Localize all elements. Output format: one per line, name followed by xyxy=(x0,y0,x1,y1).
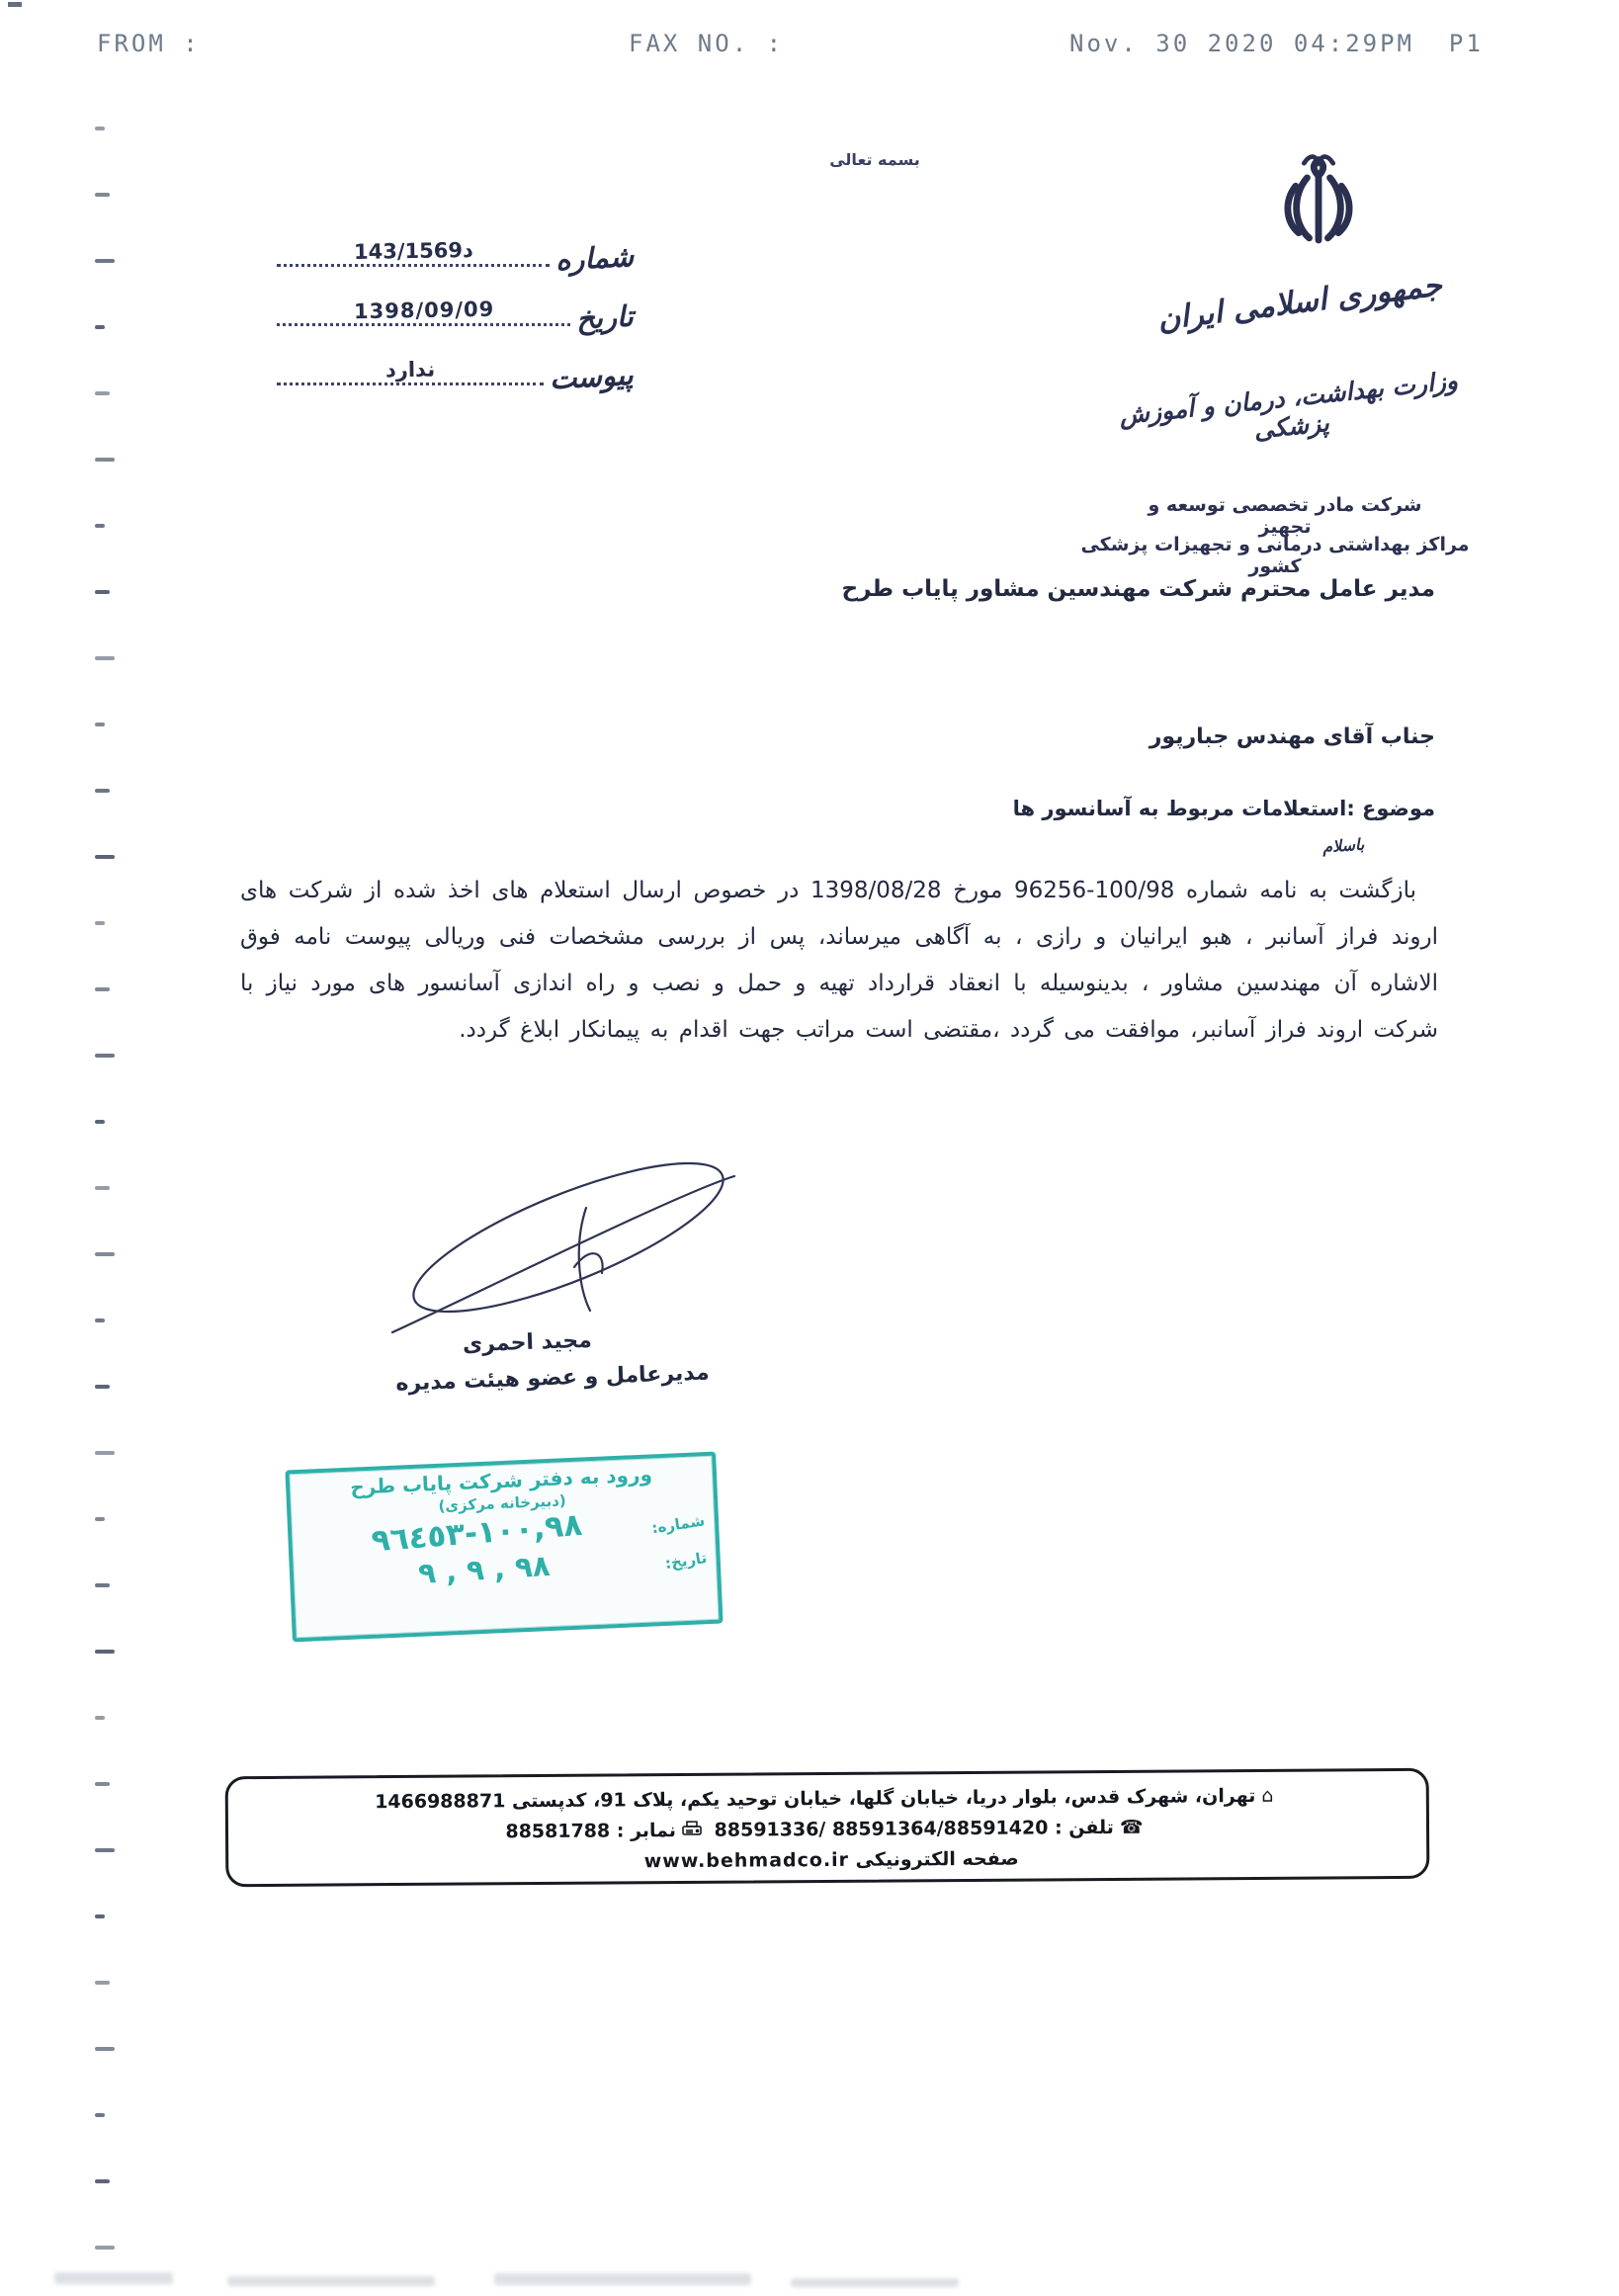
footer-fax-number: 88581788 xyxy=(505,1821,610,1843)
footer-web-label: صفحه الکترونیکی xyxy=(856,1848,1019,1871)
ref-number-line: د143/1569 xyxy=(277,239,550,267)
stamp-date-label: تاریخ: xyxy=(663,1549,708,1573)
scan-artifact xyxy=(54,2272,173,2284)
signatory-title: مدیرعامل و عضو هیئت مدیره xyxy=(379,1360,727,1397)
scan-artifact xyxy=(8,2,22,7)
footer-phone-label: تلفن : xyxy=(1055,1817,1114,1838)
entry-stamp: ورود به دفتر شرکت پایاب طرح (دبیرخانه مر… xyxy=(285,1452,723,1643)
ref-date-line: 1398/09/09 xyxy=(277,298,570,326)
ref-number-label: شماره xyxy=(554,239,639,277)
scan-artifact xyxy=(791,2278,959,2287)
company-name-line1: شرکت مادر تخصصی توسعه و تجهیز xyxy=(1132,494,1438,538)
footer-contact-box: ⌂تهران، شهرک قدس، بلوار دریا، خیابان گله… xyxy=(225,1768,1430,1888)
salutation-text: باسلام xyxy=(1321,835,1364,857)
footer-address: تهران، شهرک قدس، بلوار دریا، خیابان گلها… xyxy=(375,1785,1255,1813)
fax-timestamp: Nov. 30 2020 04:29PM P1 xyxy=(1069,30,1484,57)
subject-label: موضوع : xyxy=(1346,797,1435,820)
ministry-calligraphy: وزارت بهداشت، درمان و آموزش پزشکی xyxy=(1105,365,1475,460)
reference-block: شماره د143/1569 تاریخ 1398/09/09 پیوست ن… xyxy=(277,215,638,393)
ref-number-value: د143/1569 xyxy=(353,238,472,264)
ref-attachment-value: ندارد xyxy=(385,358,436,383)
address-icon: ⌂ xyxy=(1261,1781,1273,1812)
footer-website: www.behmadco.ir xyxy=(644,1849,849,1872)
scan-artifact xyxy=(494,2273,751,2285)
fax-from-label: FROM : xyxy=(97,30,201,57)
ref-attachment-label: پیوست xyxy=(550,358,639,396)
fax-number-label: FAX NO. : xyxy=(629,30,784,57)
subject-text: استعلامات مربوط به آسانسور ها xyxy=(1013,797,1347,820)
ref-date-value: 1398/09/09 xyxy=(353,298,494,323)
fax-machine-icon xyxy=(682,1816,702,1846)
ref-attachment-row: پیوست ندارد xyxy=(277,334,638,393)
bismillah-text: بسمه تعالی xyxy=(781,150,969,169)
ref-date-label: تاریخ xyxy=(575,298,638,335)
iran-emblem-icon xyxy=(1263,140,1374,261)
letter-body: بازگشت به نامه شماره 100/98-96256 مورخ 1… xyxy=(240,868,1438,1054)
subject-line: موضوع :استعلامات مربوط به آسانسور ها xyxy=(1013,797,1435,820)
stamp-number-label: شماره: xyxy=(650,1511,706,1537)
phone-icon: ☎ xyxy=(1120,1813,1144,1843)
scan-artifact xyxy=(227,2276,435,2286)
recipient-line: مدیر عامل محترم شرکت مهندسین مشاور پایاب… xyxy=(842,576,1435,602)
attention-line: جناب آقای مهندس جبارپور xyxy=(1150,724,1435,749)
ref-attachment-line: ندارد xyxy=(277,358,544,385)
signatory-name: مجید احمری xyxy=(463,1328,593,1358)
ref-date-row: تاریخ 1398/09/09 xyxy=(277,275,638,334)
fax-page: FROM : FAX NO. : Nov. 30 2020 04:29PM P1… xyxy=(0,0,1619,2296)
signature-stroke xyxy=(381,1147,746,1349)
company-name-line2: مراکز بهداشتی درمانی و تجهیزات پزشکی کشو… xyxy=(1077,534,1473,577)
footer-phone-numbers: 88591336/ 88591364/88591420 xyxy=(715,1817,1049,1840)
footer-fax-label: نمابر : xyxy=(617,1820,676,1841)
republic-calligraphy: جمهوری اسلامی ایران xyxy=(1141,266,1459,340)
ref-number-row: شماره د143/1569 xyxy=(277,215,638,275)
